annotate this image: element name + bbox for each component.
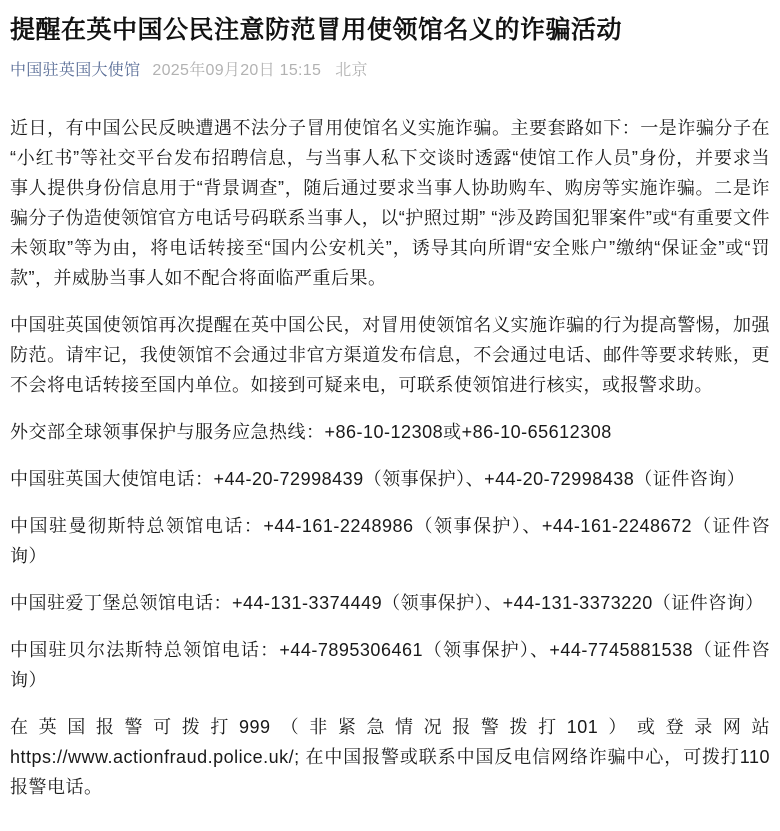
paragraph-scam-methods: 近日，有中国公民反映遭遇不法分子冒用使馆名义实施诈骗。主要套路如下：一是诈骗分子… (10, 113, 770, 293)
paragraph-mfa-hotline: 外交部全球领事保护与服务应急热线：+86-10-12308或+86-10-656… (10, 417, 770, 447)
paragraph-consulate-edinburgh-phone: 中国驻爱丁堡总领馆电话：+44-131-3374449（领事保护）、+44-13… (10, 588, 770, 618)
article-meta: 中国驻英国大使馆 2025年09月20日 15:15 北京 (10, 60, 770, 82)
publish-location: 北京 (335, 60, 368, 82)
paragraph-consulate-belfast-phone: 中国驻贝尔法斯特总领馆电话：+44-7895306461（领事保护）、+44-7… (10, 635, 770, 695)
article-page: 提醒在英中国公民注意防范冒用使领馆名义的诈骗活动 中国驻英国大使馆 2025年0… (0, 0, 780, 828)
paragraph-consulate-manchester-phone: 中国驻曼彻斯特总领馆电话：+44-161-2248986（领事保护）、+44-1… (10, 511, 770, 571)
article-title: 提醒在英中国公民注意防范冒用使领馆名义的诈骗活动 (10, 13, 770, 47)
account-name-link[interactable]: 中国驻英国大使馆 (10, 60, 140, 82)
paragraph-embassy-reminder: 中国驻英国使领馆再次提醒在英中国公民，对冒用使领馆名义实施诈骗的行为提高警惕，加… (10, 310, 770, 400)
paragraph-embassy-london-phone: 中国驻英国大使馆电话：+44-20-72998439（领事保护）、+44-20-… (10, 464, 770, 494)
paragraph-police-report: 在英国报警可拨打999（非紧急情况报警拨打101）或登录网站https://ww… (10, 712, 770, 802)
actionfraud-url: https://www.actionfraud.police.uk/; (10, 747, 300, 767)
police-report-text-before-url: 在英国报警可拨打999（非紧急情况报警拨打101）或登录网站 (10, 717, 770, 737)
publish-date: 2025年09月20日 15:15 (152, 60, 321, 82)
